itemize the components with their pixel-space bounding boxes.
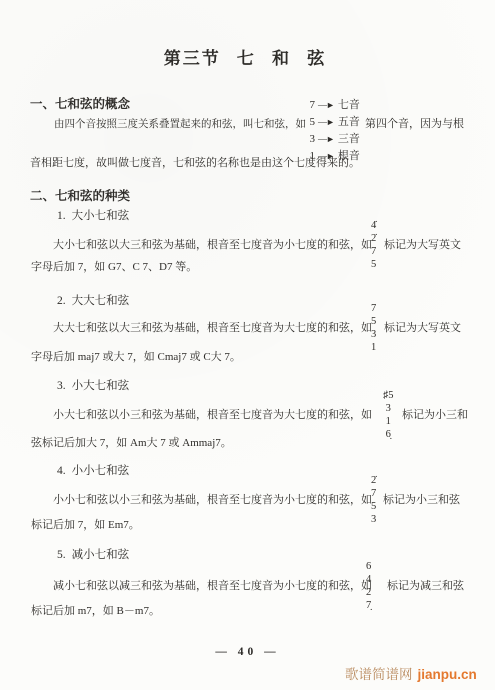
degree-number: 7 <box>306 99 315 112</box>
jianpu-note-stack: 7 5 3 1 <box>371 302 376 354</box>
chord-description: 减小七和弦以减三和弦为基础，根音至七度音为小七度的和弦，如 <box>53 579 372 594</box>
chord-type-heading: 2.大大七和弦 <box>57 292 129 308</box>
right-arrow-icon: —► <box>318 116 334 129</box>
diagram-row-third: 3 —► 三音 <box>306 133 360 146</box>
notation-text: 标记为大写英文 <box>384 321 461 336</box>
watermark: 歌谱简谱网jianpu.cn <box>345 663 477 683</box>
jianpu-note-stack: 6 4 2 7̣ <box>366 560 371 612</box>
section-heading-types: 二、七和弦的种类 <box>30 186 130 204</box>
title-section-name: 七 和 弦 <box>237 49 332 68</box>
concept-intro-continuation: 第四个音，因为与根 <box>365 117 464 132</box>
jianpu-note: 6̣ <box>386 428 391 441</box>
jianpu-note: 7 <box>371 302 376 315</box>
page-title: 第三节七 和 弦 <box>0 44 495 69</box>
document-page: 第三节七 和 弦 一、七和弦的概念 由四个音按照三度关系叠置起来的和弦，叫七和弦… <box>0 0 495 690</box>
chord-type-name: 小大七和弦 <box>72 380 130 392</box>
chord-type-name: 减小七和弦 <box>72 549 130 561</box>
example-line: 标记后加 7，如 Em7。 <box>31 518 140 533</box>
example-line: 标记后加 m7，如 B－m7。 <box>31 604 160 619</box>
chord-type-heading: 4.小小七和弦 <box>57 462 129 478</box>
chord-type-index: 2. <box>57 295 66 307</box>
jianpu-note: 2 <box>366 586 371 599</box>
chord-type-heading: 3.小大七和弦 <box>57 377 129 393</box>
jianpu-note: 3 <box>371 328 376 341</box>
jianpu-note-stack: ♯5 3 1 6̣ <box>383 389 394 441</box>
jianpu-note: 5 <box>371 500 376 513</box>
jianpu-note-stack: 4̇ 2̇ 7 5 <box>371 219 376 271</box>
chord-type-heading: 5.减小七和弦 <box>57 546 129 562</box>
degree-label: 五音 <box>338 116 360 129</box>
jianpu-note: 7 <box>371 487 376 500</box>
watermark-site-name: 歌谱简谱网 <box>345 667 413 682</box>
jianpu-note: 1 <box>386 415 391 428</box>
section-heading-concept: 一、七和弦的概念 <box>30 94 130 112</box>
example-line: 字母后加 maj7 或大 7，如 Cmaj7 或 C大 7。 <box>31 350 241 365</box>
notation-text: 标记为小三和弦 <box>383 493 460 508</box>
chord-type-index: 5. <box>57 549 66 561</box>
degree-number: 5 <box>306 116 315 129</box>
right-arrow-icon: —► <box>318 99 334 112</box>
chord-description: 小小七和弦以小三和弦为基础，根音至七度音为小七度的和弦，如 <box>53 493 372 508</box>
chord-type-name: 大小七和弦 <box>72 210 130 222</box>
notation-text: 标记为小三和 <box>402 408 468 423</box>
chord-description: 小大七和弦以小三和弦为基础，根音至七度音为大七度的和弦，如 <box>53 408 372 423</box>
notation-text: 标记为大写英文 <box>384 238 461 253</box>
jianpu-note: ♯5 <box>383 389 394 402</box>
notation-text: 标记为减三和弦 <box>387 579 464 594</box>
title-section-number: 第三节 <box>164 49 221 68</box>
jianpu-note: 5 <box>371 258 376 271</box>
chord-type-name: 小小七和弦 <box>72 465 130 477</box>
right-arrow-icon: —► <box>318 133 334 146</box>
jianpu-note: 4̇ <box>371 219 376 232</box>
diagram-row-fifth: 5 —► 五音 <box>306 116 360 129</box>
example-line: 弦标记后加大 7，如 Am大 7 或 Ammaj7。 <box>31 436 232 451</box>
chord-description: 大小七和弦以大三和弦为基础，根音至七度音为小七度的和弦，如 <box>53 238 372 253</box>
degree-label: 七音 <box>338 99 360 112</box>
jianpu-note: 4 <box>366 573 371 586</box>
jianpu-note: 6 <box>366 560 371 573</box>
chord-type-name: 大大七和弦 <box>72 295 130 307</box>
chord-type-index: 1. <box>57 210 66 222</box>
jianpu-note: 3 <box>386 402 391 415</box>
jianpu-note: 2̇ <box>371 474 376 487</box>
concept-intro-text: 由四个音按照三度关系叠置起来的和弦，叫七和弦，如 <box>54 117 306 132</box>
jianpu-note: 3 <box>371 513 376 526</box>
degree-label: 三音 <box>338 133 360 146</box>
chord-type-index: 4. <box>57 465 66 477</box>
jianpu-note: 5 <box>371 315 376 328</box>
chord-degree-diagram: 7 —► 七音 5 —► 五音 3 —► 三音 1 —► 根音 <box>306 99 360 163</box>
jianpu-note-stack: 2̇ 7 5 3 <box>371 474 376 526</box>
jianpu-note: 2̇ <box>371 232 376 245</box>
degree-number: 3 <box>306 133 315 146</box>
jianpu-note: 7̣ <box>366 599 371 612</box>
jianpu-note: 7 <box>371 245 376 258</box>
example-line: 字母后加 7，如 G7、C 7、D7 等。 <box>31 260 197 275</box>
watermark-site-url: jianpu.cn <box>418 667 477 682</box>
concept-intro-line2: 音相距七度，故叫做七度音，七和弦的名称也是由这个七度得来的。 <box>30 156 360 171</box>
page-number: — 40 — <box>0 646 495 658</box>
chord-type-index: 3. <box>57 380 66 392</box>
chord-type-heading: 1.大小七和弦 <box>57 207 129 223</box>
jianpu-note: 1 <box>371 341 376 354</box>
chord-description: 大大七和弦以大三和弦为基础，根音至七度音为大七度的和弦，如 <box>53 321 372 336</box>
diagram-row-seventh: 7 —► 七音 <box>306 99 360 112</box>
